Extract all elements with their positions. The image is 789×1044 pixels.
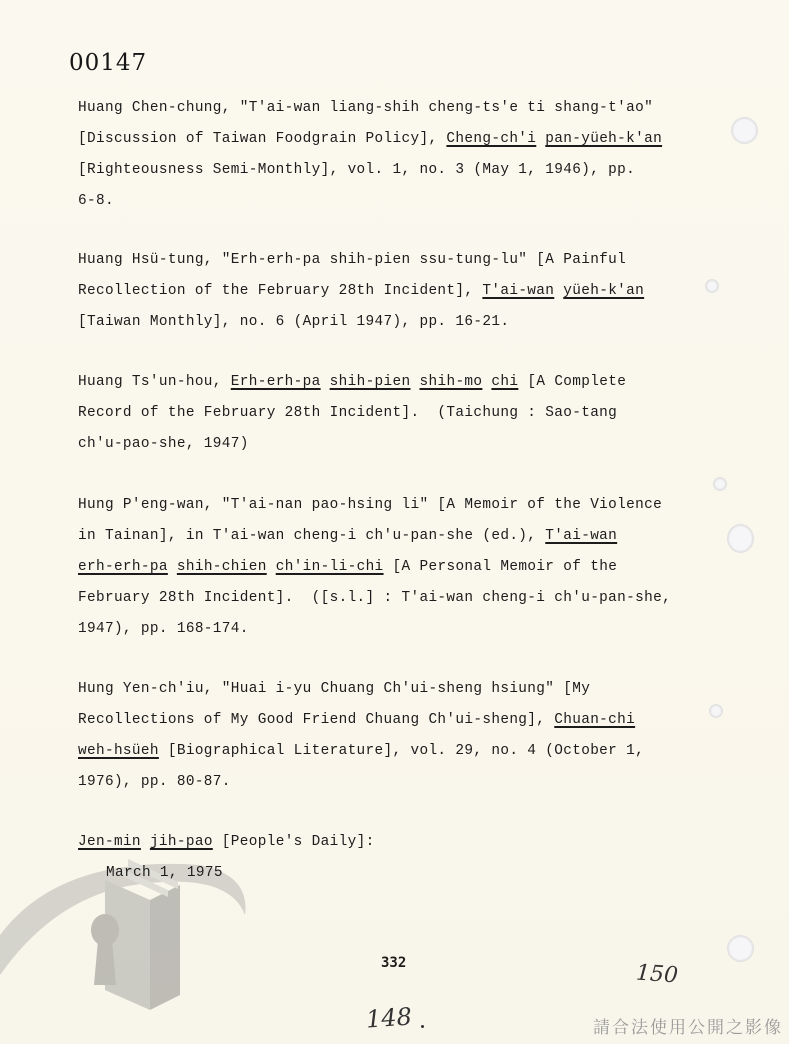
scanned-page: 00147 Huang Chen-chung, "T'ai-wan liang-… xyxy=(0,0,789,1044)
punch-hole xyxy=(705,279,719,293)
entry-text: [A Complete xyxy=(518,374,626,390)
entry-text: 1947), pp. 168-174. xyxy=(78,621,249,637)
entry-line: erh-erh-pa shih-chien ch'in-li-chi [A Pe… xyxy=(78,552,738,583)
entry-text: Recollection of the February 28th Incide… xyxy=(78,283,482,299)
entry-line: Hung Yen-ch'iu, "Huai i-yu Chuang Ch'ui-… xyxy=(78,674,738,705)
entry-line: Huang Hsü-tung, "Erh-erh-pa shih-pien ss… xyxy=(78,245,738,276)
entry-text: Recollections of My Good Friend Chuang C… xyxy=(78,712,554,728)
entry-text: February 28th Incident]. ([s.l.] : T'ai-… xyxy=(78,590,671,606)
bibliography-entry: Jen-min jih-pao [People's Daily]:March 1… xyxy=(78,827,738,889)
entry-text xyxy=(321,374,330,390)
entry-text: Huang Ts'un-hou, xyxy=(78,374,231,390)
entry-text: Record of the February 28th Incident]. (… xyxy=(78,405,617,421)
entry-line: Jen-min jih-pao [People's Daily]: xyxy=(78,827,738,858)
entry-line: 1976), pp. 80-87. xyxy=(78,767,738,798)
underlined-title: shih-chien xyxy=(177,559,267,575)
entry-text xyxy=(267,559,276,575)
underlined-title: shih-mo xyxy=(420,374,483,390)
underlined-title: jih-pao xyxy=(150,834,213,850)
underlined-title: ch'in-li-chi xyxy=(276,559,384,575)
bibliography-entry: Huang Hsü-tung, "Erh-erh-pa shih-pien ss… xyxy=(78,245,738,338)
underlined-title: shih-pien xyxy=(330,374,411,390)
entry-text: 1976), pp. 80-87. xyxy=(78,774,231,790)
document-id: 00147 xyxy=(69,50,147,76)
entry-line: 1947), pp. 168-174. xyxy=(78,614,738,645)
entry-line: Recollection of the February 28th Incide… xyxy=(78,276,738,307)
entry-text: Huang Chen-chung, "T'ai-wan liang-shih c… xyxy=(78,100,653,116)
entry-line: Recollections of My Good Friend Chuang C… xyxy=(78,705,738,736)
entry-text: [Righteousness Semi-Monthly], vol. 1, no… xyxy=(78,162,635,178)
bibliography-entry: Hung P'eng-wan, "T'ai-nan pao-hsing li" … xyxy=(78,490,738,645)
punch-hole xyxy=(709,704,723,718)
page-number: 332 xyxy=(381,955,406,971)
underlined-title: weh-hsüeh xyxy=(78,743,159,759)
entry-line: [Discussion of Taiwan Foodgrain Policy],… xyxy=(78,124,738,155)
underlined-title: pan-yüeh-k'an xyxy=(545,131,662,147)
entry-text: [Taiwan Monthly], no. 6 (April 1947), pp… xyxy=(78,314,509,330)
bibliography-entry: Hung Yen-ch'iu, "Huai i-yu Chuang Ch'ui-… xyxy=(78,674,738,798)
entry-line: Record of the February 28th Incident]. (… xyxy=(78,398,738,429)
entry-text xyxy=(168,559,177,575)
entry-text: [Discussion of Taiwan Foodgrain Policy], xyxy=(78,131,446,147)
bibliography-entry: Huang Ts'un-hou, Erh-erh-pa shih-pien sh… xyxy=(78,367,738,460)
punch-hole xyxy=(713,477,727,491)
entry-line: weh-hsüeh [Biographical Literature], vol… xyxy=(78,736,738,767)
entry-text: [A Personal Memoir of the xyxy=(384,559,618,575)
underlined-title: T'ai-wan xyxy=(482,283,554,299)
entry-text xyxy=(554,283,563,299)
entry-text: Huang Hsü-tung, "Erh-erh-pa shih-pien ss… xyxy=(78,252,626,268)
underlined-title: Jen-min xyxy=(78,834,141,850)
underlined-title: Erh-erh-pa xyxy=(231,374,321,390)
entry-text xyxy=(411,374,420,390)
entry-text: March 1, 1975 xyxy=(106,865,223,881)
entry-text: Hung P'eng-wan, "T'ai-nan pao-hsing li" … xyxy=(78,497,662,513)
handwritten-mark-148: 148 xyxy=(365,1002,413,1033)
underlined-title: chi xyxy=(491,374,518,390)
entry-text: [People's Daily]: xyxy=(213,834,375,850)
punch-hole xyxy=(727,935,754,962)
underlined-title: T'ai-wan xyxy=(545,528,617,544)
entry-line: [Righteousness Semi-Monthly], vol. 1, no… xyxy=(78,155,738,186)
entry-line: February 28th Incident]. ([s.l.] : T'ai-… xyxy=(78,583,738,614)
entry-line: Huang Chen-chung, "T'ai-wan liang-shih c… xyxy=(78,93,738,124)
entry-text: Hung Yen-ch'iu, "Huai i-yu Chuang Ch'ui-… xyxy=(78,681,590,697)
handwritten-mark-150: 150 xyxy=(635,961,679,989)
entry-text xyxy=(536,131,545,147)
entry-text: 6-8. xyxy=(78,193,114,209)
punch-hole xyxy=(731,117,758,144)
entry-line: Hung P'eng-wan, "T'ai-nan pao-hsing li" … xyxy=(78,490,738,521)
underlined-title: yüeh-k'an xyxy=(563,283,644,299)
entry-text: in Tainan], in T'ai-wan cheng-i ch'u-pan… xyxy=(78,528,545,544)
entry-text xyxy=(141,834,150,850)
entry-line: Huang Ts'un-hou, Erh-erh-pa shih-pien sh… xyxy=(78,367,738,398)
usage-watermark: 請合法使用公開之影像 xyxy=(593,1013,783,1038)
punch-hole xyxy=(727,524,754,553)
entry-line: March 1, 1975 xyxy=(78,858,738,889)
entry-line: 6-8. xyxy=(78,186,738,217)
ink-dot xyxy=(421,1025,424,1028)
entry-line: in Tainan], in T'ai-wan cheng-i ch'u-pan… xyxy=(78,521,738,552)
entry-line: [Taiwan Monthly], no. 6 (April 1947), pp… xyxy=(78,307,738,338)
entry-line: ch'u-pao-she, 1947) xyxy=(78,429,738,460)
underlined-title: erh-erh-pa xyxy=(78,559,168,575)
entry-text: [Biographical Literature], vol. 29, no. … xyxy=(159,743,644,759)
underlined-title: Chuan-chi xyxy=(554,712,635,728)
bibliography-entry: Huang Chen-chung, "T'ai-wan liang-shih c… xyxy=(78,93,738,217)
entry-text: ch'u-pao-she, 1947) xyxy=(78,436,249,452)
underlined-title: Cheng-ch'i xyxy=(446,131,536,147)
